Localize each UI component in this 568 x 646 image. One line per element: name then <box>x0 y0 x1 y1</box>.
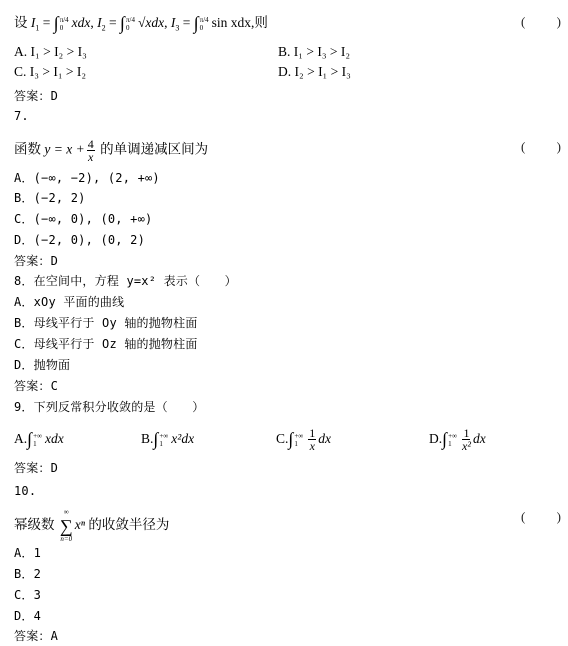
q7-answer-blank: () <box>521 139 561 155</box>
q8-option-b: B．母线平行于 Oy 轴的抛物柱面 <box>14 315 198 331</box>
integral-sign-icon: ∫ <box>120 13 125 33</box>
fraction: 4x <box>87 138 95 163</box>
q9-answer: 答案：D <box>14 460 58 476</box>
integral-sign-icon: ∫ <box>54 13 59 33</box>
q10-answer: 答案：A <box>14 628 58 644</box>
q9-stem: 9．下列反常积分收敛的是（ ） <box>14 399 204 415</box>
integral-sign-icon: ∫ <box>442 429 447 449</box>
q6-limits: π/40 <box>60 16 69 32</box>
q6-option-d: D. I₂ > I₁ > I₃ <box>278 64 351 80</box>
q7-stem: 函数 y = x +4x 的单调递减区间为 <box>14 138 208 163</box>
q6-answer: 答案：D <box>14 88 58 104</box>
q7-option-d: D．(−2, 0), (0, 2) <box>14 232 145 248</box>
integral-sign-icon: ∫ <box>27 429 32 449</box>
q7-option-c: C．(−∞, 0), (0, +∞) <box>14 211 152 227</box>
q8-option-c: C．母线平行于 Oz 轴的抛物柱面 <box>14 336 198 352</box>
summation-icon: ∞∑n=0 <box>60 508 73 544</box>
q10-option-a: A．1 <box>14 545 41 561</box>
q7-number: 7. <box>14 108 29 124</box>
q6-answer-blank: () <box>521 14 561 30</box>
q6-option-a: A. I₁ > I₂ > I₃ <box>14 44 87 60</box>
q10-number: 10. <box>14 483 36 499</box>
q10-answer-blank: () <box>521 509 561 525</box>
q9-option-d: D.∫+∞11x²dx <box>429 427 486 452</box>
q8-stem: 8．在空间中，方程 y=x² 表示（ ） <box>14 273 237 289</box>
q10-stem: 幂级数 ∞∑n=0xⁿ 的收敛半径为 <box>14 508 169 544</box>
q6-stem: 设 I1 = ∫π/40xdx, I2 = ∫π/40√xdx, I3 = ∫π… <box>14 13 268 37</box>
q6-option-b: B. I₁ > I₃ > I₂ <box>278 44 350 60</box>
integral-sign-icon: ∫ <box>194 13 199 33</box>
q10-option-b: B．2 <box>14 566 41 582</box>
q6-stem-prefix: 设 <box>14 15 28 30</box>
q6-option-c: C. I₃ > I₁ > I₂ <box>14 64 86 80</box>
q10-option-d: D．4 <box>14 608 41 624</box>
integral-sign-icon: ∫ <box>153 429 158 449</box>
q9-option-a: A.∫+∞1xdx <box>14 427 64 448</box>
q8-option-d: D．抛物面 <box>14 357 70 373</box>
q8-option-a: A．xOy 平面的曲线 <box>14 294 124 310</box>
q10-option-c: C．3 <box>14 587 41 603</box>
integral-sign-icon: ∫ <box>288 429 293 449</box>
q7-answer: 答案：D <box>14 253 58 269</box>
q9-option-c: C.∫+∞11xdx <box>276 427 331 452</box>
q9-option-b: B.∫+∞1x²dx <box>141 427 194 448</box>
q7-option-a: A．(−∞, −2), (2, +∞) <box>14 170 160 186</box>
q8-answer: 答案：C <box>14 378 58 394</box>
q7-option-b: B．(−2, 2) <box>14 190 86 206</box>
